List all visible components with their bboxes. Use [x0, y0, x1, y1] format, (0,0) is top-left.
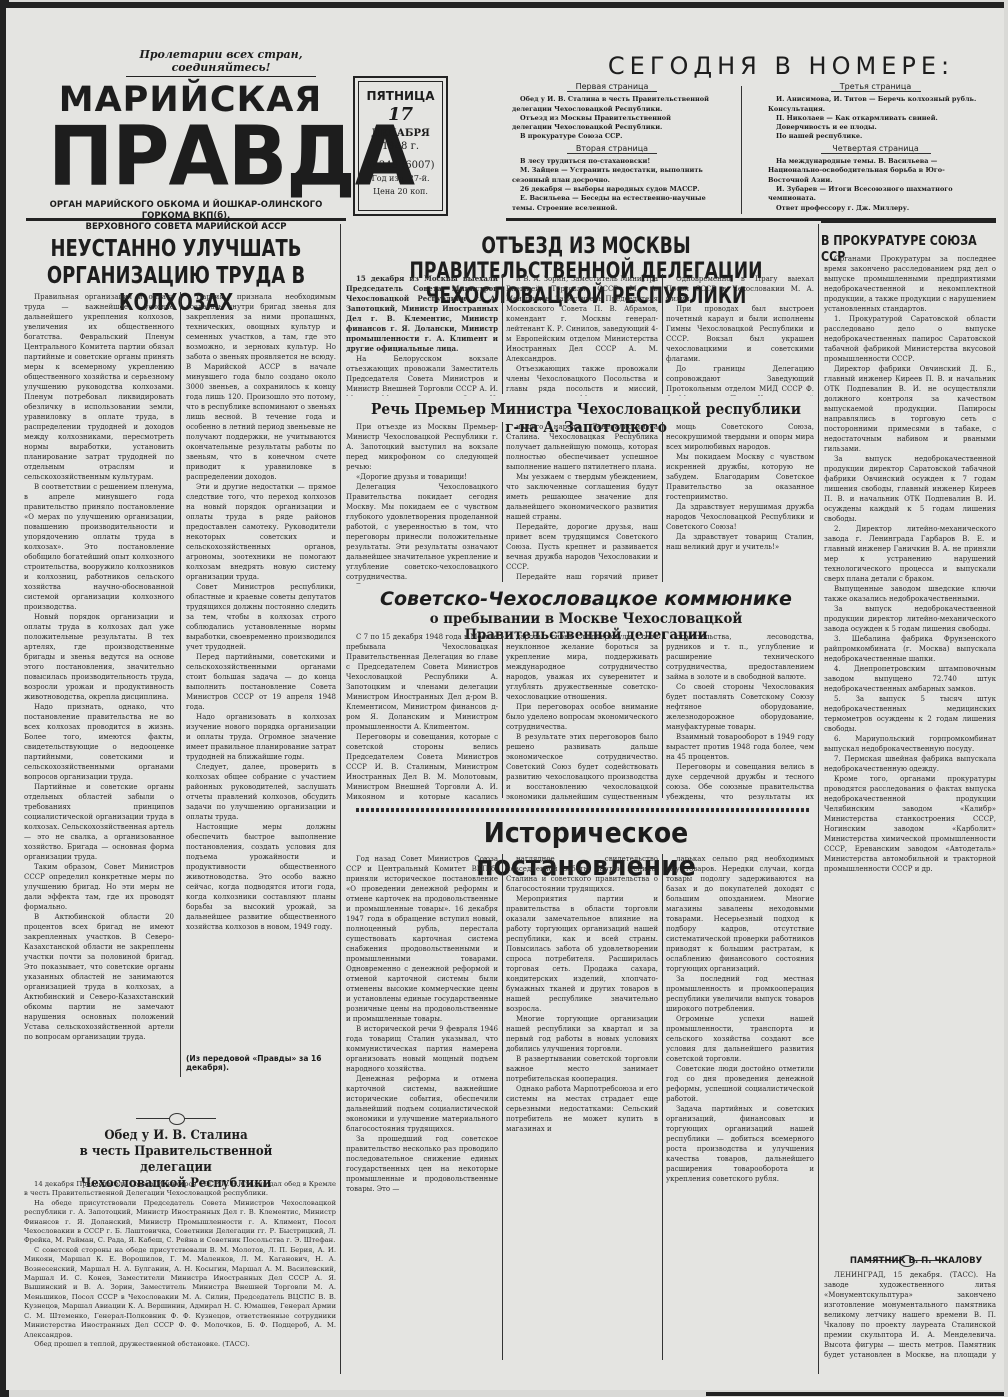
dinner-headline-line-1: Обед у И. В. Сталина — [59, 1128, 293, 1144]
paragraph: Однако работа Марпотребсоюза и его систе… — [506, 1084, 658, 1134]
contents-item[interactable]: По нашей республике. — [768, 132, 983, 141]
paragraph: 7. Пермская швейная фабрика выпускала не… — [824, 754, 996, 774]
paragraph: На Белорусском вокзале отъезжающих прово… — [346, 354, 498, 396]
paragraph: При проводах был выстроен почетный карау… — [666, 304, 814, 364]
issue-year: 1948 г. — [355, 140, 446, 153]
wavy-divider — [356, 808, 811, 812]
paragraph: мощь Советского Союза, несокрушимой твер… — [666, 422, 814, 452]
paragraph: Денежная реформа и отмена карточной сист… — [346, 1074, 498, 1134]
contents-item[interactable]: И. Анисимова, И. Титов — Беречь колхозны… — [768, 95, 983, 114]
column-divider — [340, 224, 341, 1374]
paragraph: Органами Прокуратуры за последнее время … — [824, 254, 996, 314]
organ-line-2: ВЕРХОВНОГО СОВЕТА МАРИЙСКОЙ АССР — [36, 222, 336, 233]
issue-volume: Год изд. 27-й. — [355, 172, 446, 185]
column-divider — [502, 274, 503, 394]
bottom-rule — [706, 1392, 1004, 1396]
dinner-article-body: 14 декабря Председатель Совета Министров… — [24, 1180, 336, 1362]
historic-column-3: ларьках сельпо ряд необходимых ему товар… — [666, 854, 814, 1354]
paragraph: Да здравствует товарищ Сталин, наш велик… — [666, 532, 814, 552]
issue-month: ДЕКАБРЯ — [355, 127, 446, 140]
paragraph: В Актюбинской области 20 процентов всех … — [24, 912, 174, 1042]
paragraph: 3. Шебалина фабрика Фрунзенского райпром… — [824, 634, 996, 664]
paragraph: Партийные и советские органы отдельных о… — [24, 782, 174, 862]
column-divider — [502, 632, 503, 798]
paragraph: Огромные успехи нашей промышленности, тр… — [666, 1014, 814, 1064]
column-divider — [662, 632, 663, 798]
paragraph: Мероприятия партии и правительства в обл… — [506, 894, 658, 1014]
paragraph: С советской стороны на обеде присутствов… — [24, 1246, 336, 1340]
paragraph: Следует, далее, проверить в колхозах общ… — [186, 762, 336, 822]
dinner-headline-line-2: в честь Правительственной делегации — [59, 1144, 293, 1176]
paragraph: Отъезжающих также провожали члены Чехосл… — [506, 364, 658, 396]
paragraph: ЛЕНИНГРАД, 15 декабря. (ТАСС). На заводе… — [824, 1270, 996, 1360]
contents-section-label: Третья страница — [831, 82, 921, 92]
paragraph: За выпуск недоброкачественной продукции … — [824, 454, 996, 524]
paragraph: В соответствии с решением пленума, в апр… — [24, 482, 174, 612]
contents-section-label: Четвертая страница — [821, 144, 931, 154]
contents-section-label: Первая страница — [567, 82, 657, 92]
paragraph: Переговоры и совещания велись в духе сер… — [666, 762, 814, 800]
contents-item[interactable]: На международные темы. В. Васильева — На… — [768, 157, 983, 185]
editorial-column-2: Партия признала необходимым создавать вн… — [186, 292, 336, 1052]
speech-column-3: мощь Советского Союза, несокрушимой твер… — [666, 422, 814, 584]
contents-item[interactable]: В прокуратуре Союза ССР. — [512, 132, 712, 141]
paragraph: Надо признать, однако, что постановление… — [24, 702, 174, 782]
paragraph: Обед прошел в теплой, дружественной обст… — [24, 1340, 336, 1349]
contents-item[interactable]: Обед у И. В. Сталина в честь Правительст… — [512, 95, 712, 114]
paragraph: Мы покидаем Москву с чувством искренней … — [666, 452, 814, 502]
paragraph: 1. Прокуратурой Саратовской области расс… — [824, 314, 996, 364]
column-divider — [502, 422, 503, 582]
contents-item[interactable]: 26 декабря — выборы народных судов МАССР… — [512, 185, 712, 194]
paragraph: Кроме того, органами прокуратуры проводя… — [824, 774, 996, 874]
contents-item[interactable]: И. Зубарев — Итоги Всесоюзного шахматног… — [768, 185, 983, 204]
contents-title: СЕГОДНЯ В НОМЕРЕ: — [566, 52, 996, 80]
paragraph: 2. Директор литейно-механического завода… — [824, 524, 996, 584]
issue-day: 17 — [355, 103, 446, 127]
paragraph: Выпущенные заводом шведские ключи также … — [824, 584, 996, 604]
paragraph: Благодарим великодушного Советского прав… — [346, 582, 498, 584]
contents-item[interactable]: М. Зайцев — Устранить недостатки, выполн… — [512, 166, 712, 185]
paragraph: Настоящие меры должны обеспечить быстрое… — [186, 822, 336, 932]
prosecutor-article-body: Органами Прокуратуры за последнее время … — [824, 254, 996, 1244]
newspaper-title-main: ПРАВДА — [48, 110, 323, 205]
paragraph: Таким образом, Совет Министров СССР опре… — [24, 862, 174, 912]
paragraph: дарств снова подчеркнули свое неуклонное… — [506, 632, 658, 702]
paragraph: 5. За выпуск 5 тысяч штук недоброкачеств… — [824, 694, 996, 734]
editorial-source: (Из передовой «Правды» за 16 декабря). — [186, 1054, 336, 1072]
paragraph: Новый порядок организации и оплаты труда… — [24, 612, 174, 702]
paragraph: В результате этих переговоров было решен… — [506, 732, 658, 800]
masthead-rule-mid — [506, 218, 826, 221]
paragraph: 15 декабря из Москвы выехали Председател… — [346, 274, 498, 354]
paragraph: нашего народа, Генералиссимуса Сталина. … — [506, 422, 658, 472]
paragraph: В развертывании советской торговли важно… — [506, 1054, 658, 1084]
column-divider — [662, 422, 663, 582]
column-divider — [502, 854, 503, 1360]
contents-section-label: Вторая страница — [567, 144, 657, 154]
paragraph: При переговорах особое внимание было уде… — [506, 702, 658, 732]
contents-item[interactable]: В лесу трудиться по-стахановски! — [512, 157, 712, 166]
paragraph: Надо организовать в колхозах изучение но… — [186, 712, 336, 762]
organ-line: ОРГАН МАРИЙСКОГО ОБКОМА И ЙОШКАР-ОЛИНСКО… — [36, 200, 336, 233]
newspaper-page: Пролетарии всех стран, соединяйтесь! МАР… — [6, 2, 1004, 1390]
paragraph: Год назад Совет Министров Союза ССР и Це… — [346, 854, 498, 1024]
issue-date-box: ПЯТНИЦА 17 ДЕКАБРЯ 1948 г. № 249 (6007) … — [353, 76, 448, 216]
paragraph: При отъезде из Москвы Премьер-Министр Че… — [346, 422, 498, 472]
paragraph: Директор фабрики Овчинский Д. Б., главны… — [824, 364, 996, 454]
contents-column-left: Первая страница Обед у И. В. Сталина в ч… — [512, 80, 712, 213]
communique-headline: Советско-Чехословацкое коммюнике — [346, 588, 826, 610]
paragraph: 14 декабря Председатель Совета Министров… — [24, 1180, 336, 1199]
paragraph: За выпуск недоброкачественной продукции … — [824, 604, 996, 634]
paragraph: Правильная организация и оплата труда — … — [24, 292, 174, 482]
paragraph: Совет Министров республики, областные и … — [186, 582, 336, 652]
paragraph: и В. А. Зорин, Заместитель Министра Внеш… — [506, 274, 658, 364]
paragraph: На обеде присутствовали Председатель Сов… — [24, 1199, 336, 1246]
contents-item[interactable]: П. Николаев — Как откармливать свиней. — [768, 114, 983, 123]
paragraph: Одновременно в Прагу выехал Посол СССР в… — [666, 274, 814, 304]
paragraph: Да здравствует нерушимая дружба народов … — [666, 502, 814, 532]
monument-headline: ПАМЯТНИК В. П. ЧКАЛОВУ — [826, 1256, 1006, 1266]
paragraph: Партия признала необходимым создавать вн… — [186, 292, 336, 482]
contents-item[interactable]: Отъезд из Москвы Правительственной делег… — [512, 114, 712, 133]
communique-column-1: С 7 по 15 декабря 1948 года в Москве пре… — [346, 632, 498, 800]
paragraph: Делегация Чехословацкого Правительства п… — [346, 482, 498, 582]
speech-column-2: нашего народа, Генералиссимуса Сталина. … — [506, 422, 658, 584]
column-divider — [662, 854, 663, 1360]
paragraph: За прошедший год советское правительство… — [346, 1134, 498, 1194]
contents-item[interactable]: Ответ профессору г. Дж. Миллеру. — [768, 204, 983, 213]
contents-item[interactable]: Доверчивость и ее плоды. — [768, 123, 983, 132]
paragraph: «Дорогие друзья и товарищи! — [346, 472, 498, 482]
issue-price: Цена 20 коп. — [355, 185, 446, 198]
issue-number: № 249 (6007) — [355, 159, 446, 172]
paragraph: В исторической речи 9 февраля 1946 года … — [346, 1024, 498, 1074]
column-divider — [818, 224, 819, 1374]
historic-column-2: наглядное свидетельство повседневной заб… — [506, 854, 658, 1362]
paragraph: Переговоры и совещания, которые с советс… — [346, 732, 498, 800]
historic-column-1: Год назад Совет Министров Союза ССР и Це… — [346, 854, 498, 1362]
paragraph: Взаимный товарооборот в 1949 году выраст… — [666, 732, 814, 762]
paragraph: Эти и другие недостатки — прямое следств… — [186, 482, 336, 582]
editorial-column-1: Правильная организация и оплата труда — … — [24, 292, 174, 1072]
contents-item[interactable]: Е. Васильева — Беседы на естественно-нау… — [512, 194, 712, 213]
departure-column-3: Одновременно в Прагу выехал Посол СССР в… — [666, 274, 814, 396]
paragraph: 6. Мариупольский горпромкомбинат выпуска… — [824, 734, 996, 754]
contents-column-right: Третья страница И. Анисимова, И. Титов —… — [768, 80, 983, 213]
column-divider — [180, 292, 181, 1077]
communique-column-2: дарств снова подчеркнули свое неуклонное… — [506, 632, 658, 800]
paragraph: Передайте, дорогие друзья, наш привет вс… — [506, 522, 658, 572]
paragraph: Со своей стороны Чехословакия будет пост… — [666, 682, 814, 732]
paragraph: ларьках сельпо ряд необходимых ему товар… — [666, 854, 814, 974]
paragraph: 4. Днепропетровским штамповочным заводом… — [824, 664, 996, 694]
paragraph: До границы Делегацию сопровождают Заведу… — [666, 364, 814, 396]
slogan: Пролетарии всех стран, соединяйтесь! — [126, 48, 316, 77]
speech-column-1: При отъезде из Москвы Премьер-Министр Че… — [346, 422, 498, 584]
paragraph: Многие торгующие организации нашей респу… — [506, 1014, 658, 1054]
communique-column-3: строительства, лесоводства, рудников и т… — [666, 632, 814, 800]
contents-divider — [741, 86, 742, 214]
paragraph: Задача партийных и советских организаций… — [666, 1104, 814, 1184]
monument-article-body: ЛЕНИНГРАД, 15 декабря. (ТАСС). На заводе… — [824, 1270, 996, 1360]
paragraph: наглядное свидетельство повседневной заб… — [506, 854, 658, 894]
paragraph: строительства, лесоводства, рудников и т… — [666, 632, 814, 682]
column-divider — [662, 274, 663, 394]
issue-weekday: ПЯТНИЦА — [355, 90, 446, 103]
departure-column-1: 15 декабря из Москвы выехали Председател… — [346, 274, 498, 396]
masthead-rule-left — [26, 218, 346, 221]
departure-column-2: и В. А. Зорин, Заместитель Министра Внеш… — [506, 274, 658, 396]
paragraph: Мы уезжаем с твердым убеждением, что зак… — [506, 472, 658, 522]
paragraph: Передайте наш горячий привет советскому … — [506, 572, 658, 584]
paragraph: За последний год местная промышленность … — [666, 974, 814, 1014]
paragraph: С 7 по 15 декабря 1948 года в Москве пре… — [346, 632, 498, 732]
masthead-rule-right — [821, 218, 996, 223]
paragraph: Советские люди достойно отметили год со … — [666, 1064, 814, 1104]
paragraph: Перед партийными, советскими и сельскохо… — [186, 652, 336, 712]
